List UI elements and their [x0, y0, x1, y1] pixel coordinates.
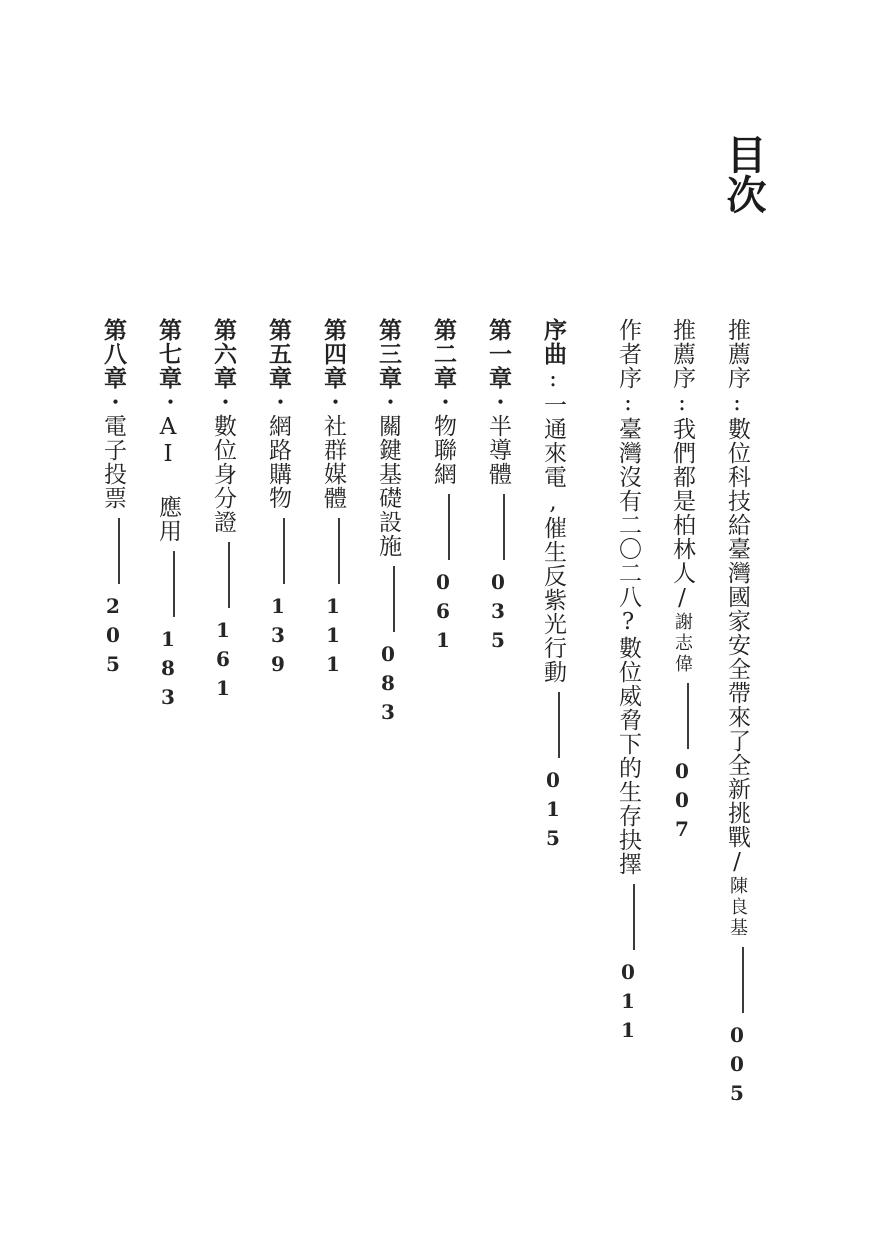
- entry-separator: ・: [485, 390, 511, 414]
- entry-title: 一通來電,催生反紫光行動: [540, 393, 566, 684]
- entry-page-number: 139: [266, 594, 290, 681]
- entry-separator: ・: [155, 390, 181, 414]
- leader-line: [687, 683, 689, 749]
- entry-separator: :: [540, 366, 566, 393]
- leader-line: [173, 551, 175, 617]
- leader-line: [742, 947, 744, 1013]
- entry-author: 謝志偉: [672, 612, 693, 675]
- entry-page-number: 015: [541, 768, 565, 855]
- toc-entry-chapter-5: 第五章・網路購物139: [265, 318, 291, 681]
- toc-entry-chapter-6: 第六章・數位身分證161: [210, 318, 236, 705]
- entry-separator: :: [724, 390, 750, 417]
- entry-page-number: 035: [486, 570, 510, 657]
- entry-separator: ・: [375, 390, 401, 414]
- entry-page-number: 183: [156, 627, 180, 714]
- entry-label: 序曲: [540, 318, 567, 366]
- entry-page-number: 011: [616, 960, 640, 1047]
- leader-line: [558, 692, 560, 758]
- entry-title: 數位身分證: [210, 414, 236, 534]
- toc-entry-chapter-8: 第八章・電子投票205: [100, 318, 126, 681]
- entry-label: 第一章: [485, 318, 512, 390]
- entry-page-number: 005: [725, 1023, 749, 1110]
- entry-page-number: 161: [211, 618, 235, 705]
- entry-title: 電子投票: [100, 414, 126, 510]
- toc-entry-author-preface: 作者序:臺灣沒有二〇二八?數位威脅下的生存抉擇011: [615, 318, 640, 1047]
- toc-entry-chapter-2: 第二章・物聯網061: [430, 318, 456, 657]
- entry-slash: /: [724, 849, 750, 876]
- entry-title: AI 應用: [155, 414, 181, 543]
- entry-title: 臺灣沒有二〇二八?數位威脅下的生存抉擇: [615, 417, 641, 876]
- entry-separator: :: [615, 390, 641, 417]
- toc-entry-foreword-1: 推薦序:數位科技給臺灣國家安全帶來了全新挑戰/陳良基005: [724, 318, 750, 1110]
- leader-line: [338, 518, 340, 584]
- entry-label: 作者序: [615, 318, 641, 390]
- entry-title: 半導體: [485, 414, 511, 486]
- entry-label: 第四章: [320, 318, 347, 390]
- entry-label: 第六章: [210, 318, 237, 390]
- toc-entry-foreword-2: 推薦序:我們都是柏林人/謝志偉007: [669, 318, 695, 846]
- entry-title: 網路購物: [265, 414, 291, 510]
- entry-page-number: 205: [101, 594, 125, 681]
- entry-separator: ・: [320, 390, 346, 414]
- entry-title: 我們都是柏林人: [669, 417, 695, 585]
- entry-slash: /: [669, 585, 695, 612]
- entry-label: 推薦序: [669, 318, 695, 390]
- table-of-contents: 推薦序:數位科技給臺灣國家安全帶來了全新挑戰/陳良基005 推薦序:我們都是柏林…: [100, 318, 750, 1118]
- entry-separator: :: [669, 390, 695, 417]
- toc-entry-overture: 序曲:一通來電,催生反紫光行動015: [540, 318, 566, 855]
- toc-entry-chapter-3: 第三章・關鍵基礎設施083: [375, 318, 401, 729]
- entry-separator: ・: [100, 390, 126, 414]
- entry-label: 推薦序: [724, 318, 750, 390]
- leader-line: [393, 566, 395, 632]
- entry-label: 第八章: [100, 318, 127, 390]
- leader-line: [118, 518, 120, 584]
- toc-entry-chapter-4: 第四章・社群媒體111: [320, 318, 346, 681]
- entry-title: 社群媒體: [320, 414, 346, 510]
- leader-line: [448, 494, 450, 560]
- page-title: 目次: [723, 134, 763, 214]
- entry-page-number: 061: [431, 570, 455, 657]
- entry-label: 第二章: [430, 318, 457, 390]
- entry-page-number: 111: [321, 594, 345, 681]
- entry-separator: ・: [430, 390, 456, 414]
- entry-title: 數位科技給臺灣國家安全帶來了全新挑戰: [724, 417, 750, 849]
- toc-entry-chapter-1: 第一章・半導體035: [485, 318, 511, 657]
- toc-entry-chapter-7: 第七章・AI 應用183: [155, 318, 181, 714]
- leader-line: [633, 884, 635, 950]
- entry-label: 第三章: [375, 318, 402, 390]
- entry-separator: ・: [210, 390, 236, 414]
- entry-title: 物聯網: [430, 414, 456, 486]
- entry-page-number: 083: [376, 642, 400, 729]
- leader-line: [503, 494, 505, 560]
- leader-line: [228, 542, 230, 608]
- leader-line: [283, 518, 285, 584]
- entry-page-number: 007: [670, 759, 694, 846]
- entry-separator: ・: [265, 390, 291, 414]
- entry-label: 第七章: [155, 318, 182, 390]
- entry-title: 關鍵基礎設施: [375, 414, 401, 558]
- entry-label: 第五章: [265, 318, 292, 390]
- book-toc-page: 目次 推薦序:數位科技給臺灣國家安全帶來了全新挑戰/陳良基005 推薦序:我們都…: [0, 0, 875, 1241]
- entry-author: 陳良基: [727, 876, 748, 939]
